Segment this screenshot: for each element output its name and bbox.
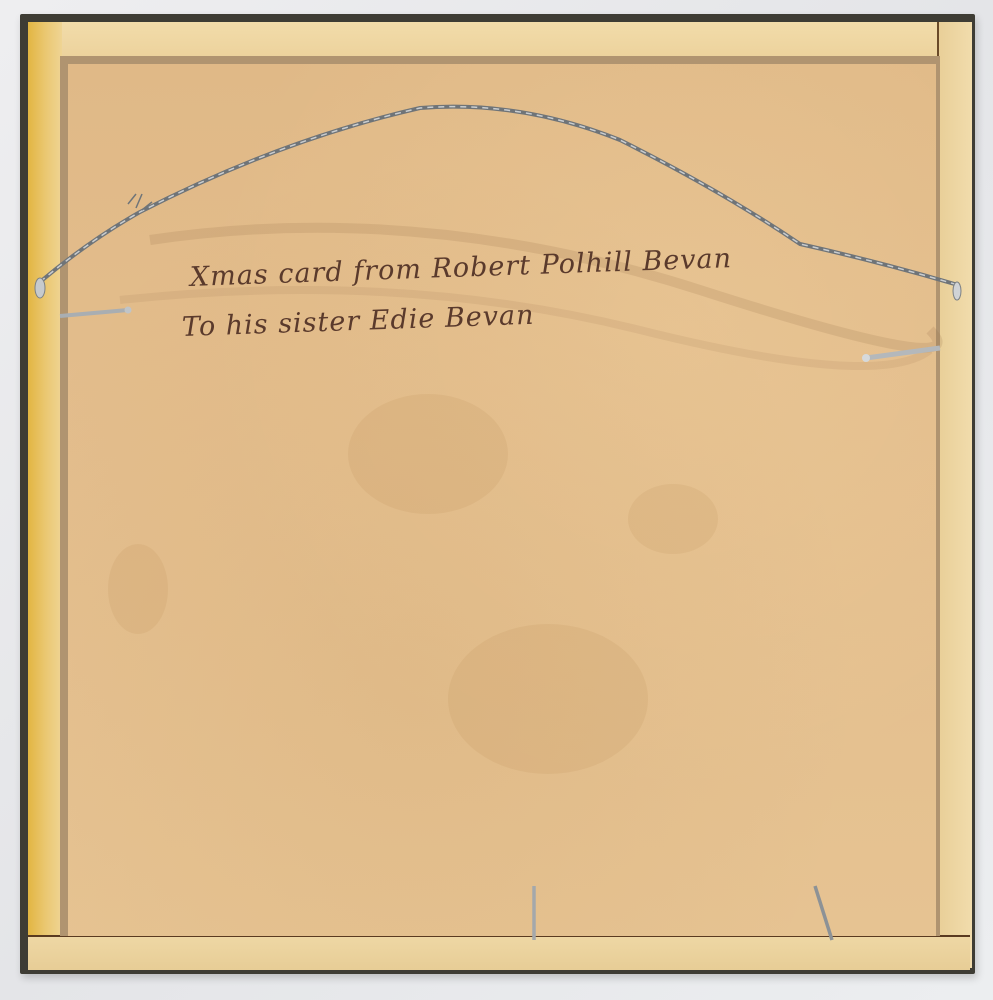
left-nail-icon	[60, 307, 132, 317]
right-eye-hook-icon	[953, 282, 961, 300]
left-eye-hook-icon	[35, 278, 45, 298]
hardware-overlay	[0, 0, 993, 1000]
bottom-right-nail-icon	[815, 886, 832, 940]
